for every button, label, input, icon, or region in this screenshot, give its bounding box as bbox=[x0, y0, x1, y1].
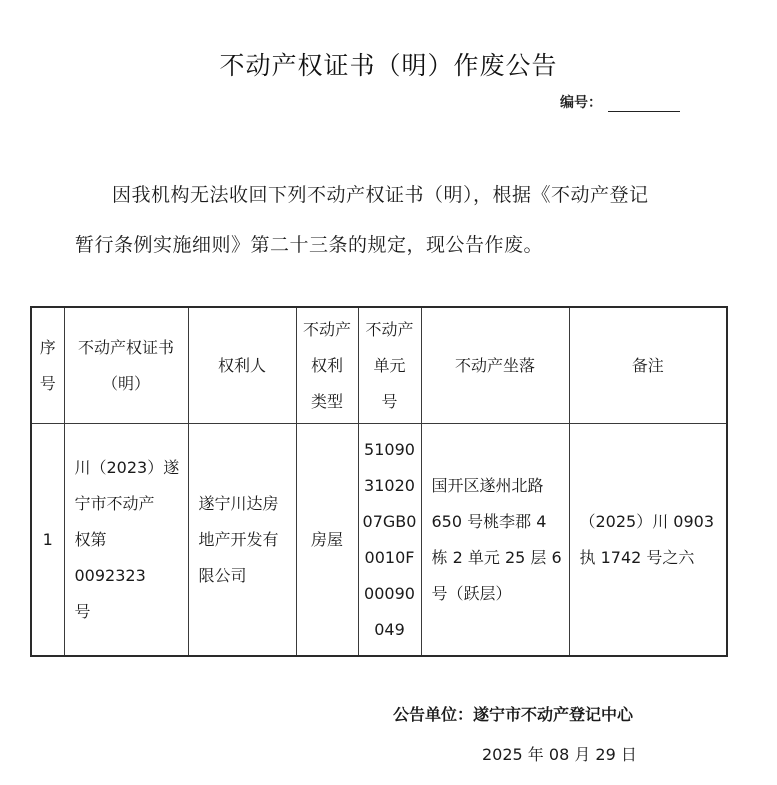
header-seq: 序 号 bbox=[31, 307, 64, 424]
header-unit-no: 不动产 单元 号 bbox=[358, 307, 421, 424]
table-header-row: 序 号 不动产权证书 （明） 权利人 不动产 权利 类型 不动产 单元 号 不动… bbox=[31, 307, 727, 424]
body-paragraph-line-2: 暂行条例实施细则》第二十三条的规定，现公告作废。 bbox=[75, 230, 543, 257]
cell-right-type: 房屋 bbox=[296, 424, 358, 657]
cell-location: 国开区遂州北路 650 号桃李郡 4 栋 2 单元 25 层 6 号（跃层） bbox=[421, 424, 569, 657]
header-certificate: 不动产权证书 （明） bbox=[64, 307, 188, 424]
issuing-unit: 公告单位：遂宁市不动产登记中心 bbox=[393, 702, 633, 725]
table-row: 1 川（2023）遂 宁市不动产 权第 0092323 号 遂宁川达房 地产开发… bbox=[31, 424, 727, 657]
header-remarks: 备注 bbox=[569, 307, 727, 424]
body-paragraph-line-1: 因我机构无法收回下列不动产权证书（明），根据《不动产登记 bbox=[112, 180, 649, 207]
header-owner: 权利人 bbox=[188, 307, 296, 424]
page-title: 不动产权证书（明）作废公告 bbox=[0, 46, 777, 82]
cell-certificate: 川（2023）遂 宁市不动产 权第 0092323 号 bbox=[64, 424, 188, 657]
certificate-table: 序 号 不动产权证书 （明） 权利人 不动产 权利 类型 不动产 单元 号 不动… bbox=[30, 306, 728, 657]
cell-owner: 遂宁川达房 地产开发有 限公司 bbox=[188, 424, 296, 657]
cell-unit-no: 51090 31020 07GB0 0010F 00090 049 bbox=[358, 424, 421, 657]
document-number: 编号： bbox=[560, 92, 680, 112]
cell-seq: 1 bbox=[31, 424, 64, 657]
document-number-label: 编号： bbox=[560, 92, 602, 112]
header-location: 不动产坐落 bbox=[421, 307, 569, 424]
cell-remarks: （2025）川 0903 执 1742 号之六 bbox=[569, 424, 727, 657]
header-right-type: 不动产 权利 类型 bbox=[296, 307, 358, 424]
issue-date: 2025 年 08 月 29 日 bbox=[482, 742, 637, 765]
document-number-blank bbox=[608, 97, 680, 112]
